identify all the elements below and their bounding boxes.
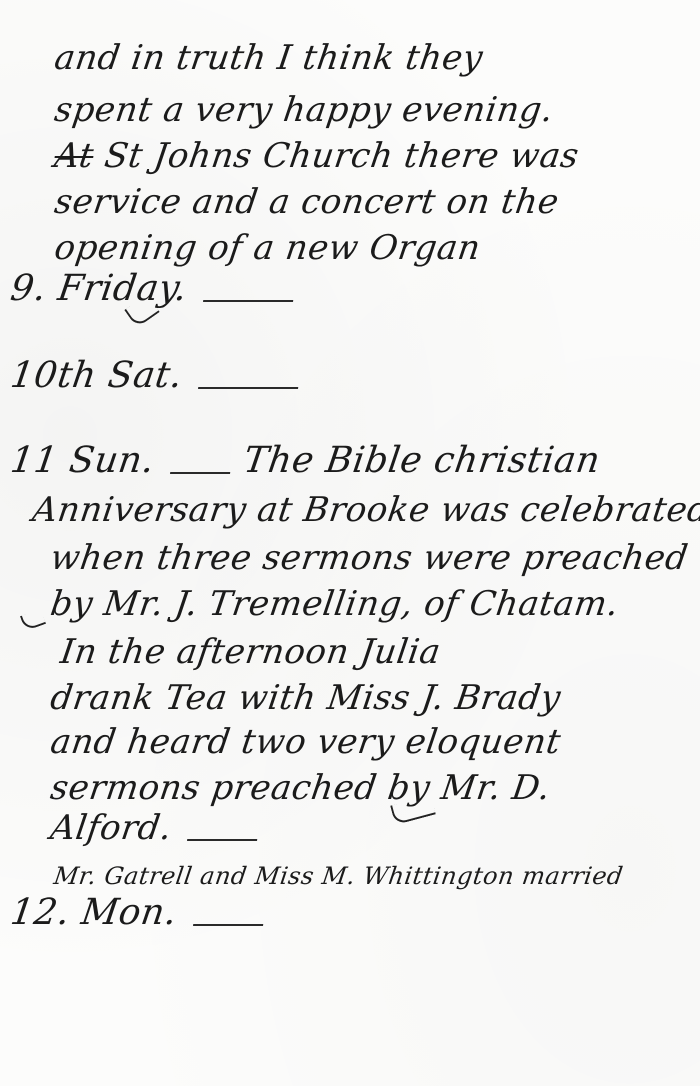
entry-date: 12. [8, 892, 73, 933]
entry-day: Sat. [105, 355, 185, 396]
line-text: by Mr. J. Tremelling, of Chatam. [48, 584, 621, 624]
line-text: Mr. Gatrell and Miss M. Whittington marr… [52, 862, 625, 890]
entry-day: Friday. [55, 268, 189, 309]
line-text: sermons preached by Mr. D. [48, 768, 553, 808]
text-line: and heard two very eloquent [48, 722, 563, 762]
text-line: In the afternoon Julia [58, 632, 443, 672]
entry-date: 10th [8, 355, 99, 396]
line-text: Alford. [48, 808, 174, 848]
text-line: At St Johns Church there was [52, 136, 581, 176]
entry-heading-11: 11 Sun. The Bible christian [8, 440, 603, 481]
entry-date: 11 [8, 440, 61, 481]
line-text: In the afternoon Julia [58, 632, 443, 672]
text-line: opening of a new Organ [52, 228, 483, 268]
dash-rule [203, 300, 293, 302]
text-line: sermons preached by Mr. D. [48, 768, 553, 808]
line-text: and in truth I think they [52, 38, 485, 78]
text-line: by Mr. J. Tremelling, of Chatam. [48, 584, 621, 624]
line-text: St Johns Church there was [102, 136, 582, 176]
line-text: service and a concert on the [52, 182, 561, 222]
line-text: drank Tea with Miss J. Brady [48, 678, 563, 718]
dash-rule [198, 387, 298, 389]
text-line: when three sermons were preached [48, 538, 691, 578]
line-text: The Bible christian [241, 440, 603, 481]
line-text: opening of a new Organ [52, 228, 483, 268]
text-line: and in truth I think they [52, 38, 485, 78]
entry-heading-12: 12. Mon. [8, 892, 268, 933]
line-text: and heard two very eloquent [48, 722, 563, 762]
entry-day: Mon. [79, 892, 180, 933]
entry-day: Sun. [67, 440, 157, 481]
text-line: spent a very happy evening. [52, 90, 556, 130]
line-text: Anniversary at Brooke was celebrated [30, 490, 700, 530]
dash-rule [170, 472, 230, 474]
flourish-mark [20, 609, 46, 632]
line-text: spent a very happy evening. [52, 90, 556, 130]
struck-word: At [52, 136, 96, 176]
text-line: service and a concert on the [52, 182, 561, 222]
entry-date: 9. [8, 268, 49, 309]
dash-rule [193, 924, 263, 926]
diary-page: and in truth I think they spent a very h… [0, 0, 700, 1086]
line-text: when three sermons were preached [48, 538, 691, 578]
entry-heading-10: 10th Sat. [8, 355, 303, 396]
text-line: Anniversary at Brooke was celebrated [30, 490, 700, 530]
marriage-note: Mr. Gatrell and Miss M. Whittington marr… [52, 862, 625, 890]
dash-rule [187, 839, 257, 841]
text-line: Alford. [48, 808, 262, 848]
text-line: drank Tea with Miss J. Brady [48, 678, 563, 718]
